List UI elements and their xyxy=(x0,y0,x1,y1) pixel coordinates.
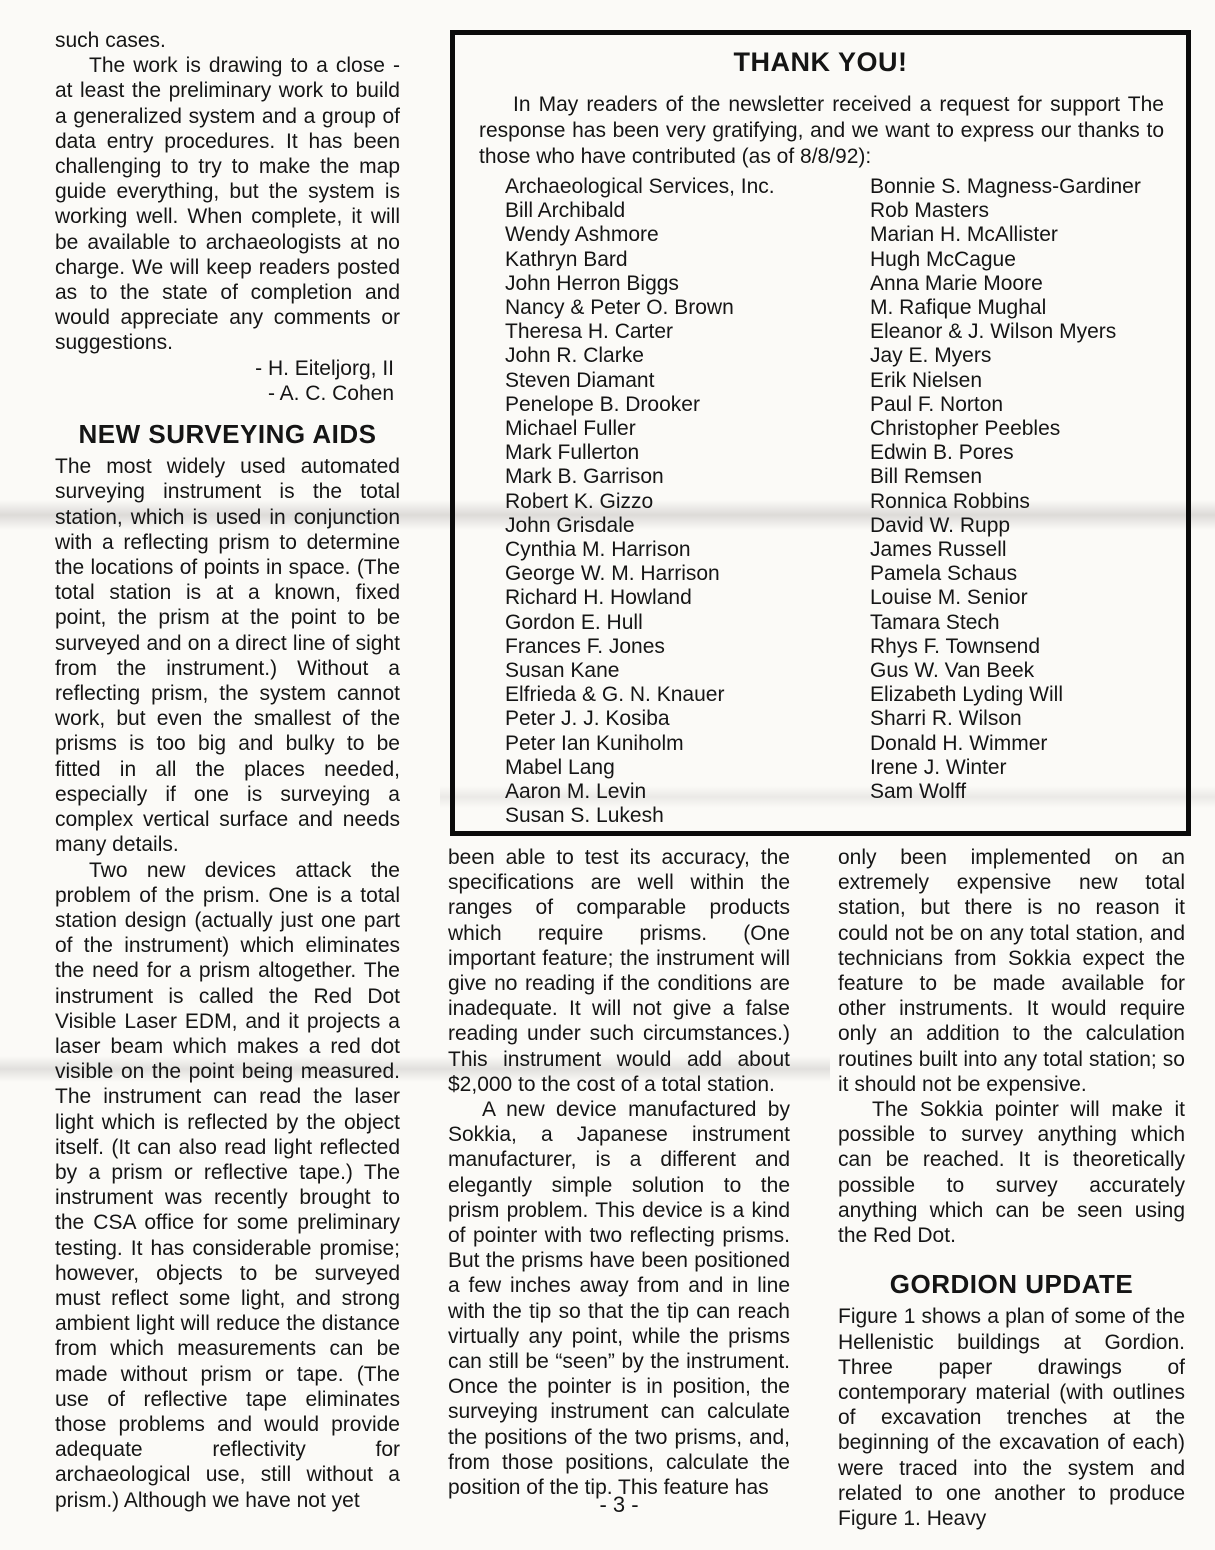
contributor-name: Sam Wolff xyxy=(870,780,1186,804)
contributor-name: Susan Kane xyxy=(505,659,870,683)
paragraph-new-device: A new device manufactured by Sokkia, a J… xyxy=(448,1097,790,1500)
contributor-name: David W. Rupp xyxy=(870,514,1186,538)
contributor-name: Eleanor & J. Wilson Myers xyxy=(870,320,1186,344)
contributor-name: Erik Nielsen xyxy=(870,369,1186,393)
paragraph-work-drawing-to-close: The work is drawing to a close - at leas… xyxy=(55,53,400,355)
thank-you-intro: In May readers of the newsletter receive… xyxy=(479,92,1164,170)
contributor-name: Cynthia M. Harrison xyxy=(505,538,870,562)
contributor-name: Paul F. Norton xyxy=(870,393,1186,417)
thank-you-title: THANK YOU! xyxy=(455,47,1186,78)
contributor-name: Steven Diamant xyxy=(505,369,870,393)
contributor-name: James Russell xyxy=(870,538,1186,562)
contributor-name: Theresa H. Carter xyxy=(505,320,870,344)
contributor-name: Gus W. Van Beek xyxy=(870,659,1186,683)
contributor-name: Christopher Peebles xyxy=(870,417,1186,441)
contributor-name: Wendy Ashmore xyxy=(505,223,870,247)
contributor-lists: Archaeological Services, Inc.Bill Archib… xyxy=(505,175,1186,828)
contributor-name: Robert K. Gizzo xyxy=(505,490,870,514)
contributor-name: Richard H. Howland xyxy=(505,586,870,610)
paragraph-implemented: only been implemented on an extremely ex… xyxy=(838,845,1185,1097)
contributor-name: Mark B. Garrison xyxy=(505,465,870,489)
page-number: - 3 - xyxy=(448,1492,790,1518)
contributor-name: Louise M. Senior xyxy=(870,586,1186,610)
contributor-name: Ronnica Robbins xyxy=(870,490,1186,514)
contributor-name: Donald H. Wimmer xyxy=(870,732,1186,756)
contributor-name: John Grisdale xyxy=(505,514,870,538)
newsletter-page: such cases. The work is drawing to a clo… xyxy=(0,0,1215,1550)
contributor-name: Edwin B. Pores xyxy=(870,441,1186,465)
contributor-list-left: Archaeological Services, Inc.Bill Archib… xyxy=(505,175,870,828)
contributor-name: Aaron M. Levin xyxy=(505,780,870,804)
paragraph-total-station: The most widely used automated surveying… xyxy=(55,454,400,857)
thank-you-box: THANK YOU! In May readers of the newslet… xyxy=(450,30,1191,836)
contributor-name: Irene J. Winter xyxy=(870,756,1186,780)
contributor-list-right: Bonnie S. Magness-GardinerRob MastersMar… xyxy=(870,175,1186,828)
section-heading-gordion-update: GORDION UPDATE xyxy=(838,1272,1185,1297)
contributor-name: Rhys F. Townsend xyxy=(870,635,1186,659)
contributor-name: Archaeological Services, Inc. xyxy=(505,175,870,199)
left-column: such cases. The work is drawing to a clo… xyxy=(55,28,400,1513)
contributor-name: Elfrieda & G. N. Knauer xyxy=(505,683,870,707)
contributor-name: Michael Fuller xyxy=(505,417,870,441)
section-heading-new-surveying-aids: NEW SURVEYING AIDS xyxy=(55,422,400,447)
contributor-name: Mark Fullerton xyxy=(505,441,870,465)
contributor-name: Mabel Lang xyxy=(505,756,870,780)
contributor-name: Pamela Schaus xyxy=(870,562,1186,586)
contributor-name: Peter Ian Kuniholm xyxy=(505,732,870,756)
contributor-name: Susan S. Lukesh xyxy=(505,804,870,828)
contributor-name: Frances F. Jones xyxy=(505,635,870,659)
contributor-name: Anna Marie Moore xyxy=(870,272,1186,296)
contributor-name: Sharri R. Wilson xyxy=(870,707,1186,731)
contributor-name: Rob Masters xyxy=(870,199,1186,223)
signature-eiteljorg: - H. Eiteljorg, II xyxy=(55,356,394,381)
contributor-name: Penelope B. Drooker xyxy=(505,393,870,417)
middle-column: been able to test its accuracy, the spec… xyxy=(448,845,790,1500)
signature-block: - H. Eiteljorg, II - A. C. Cohen xyxy=(55,356,400,406)
signature-cohen: - A. C. Cohen xyxy=(55,381,394,406)
contributor-name: Hugh McCague xyxy=(870,248,1186,272)
contributor-name: George W. M. Harrison xyxy=(505,562,870,586)
paragraph-figure-1: Figure 1 shows a plan of some of the Hel… xyxy=(838,1304,1185,1531)
contributor-name: Bill Archibald xyxy=(505,199,870,223)
contributor-name: Jay E. Myers xyxy=(870,344,1186,368)
contributor-name: Peter J. J. Kosiba xyxy=(505,707,870,731)
paragraph-sokkia-pointer: The Sokkia pointer will make it possible… xyxy=(838,1097,1185,1248)
contributor-name: John R. Clarke xyxy=(505,344,870,368)
right-column: only been implemented on an extremely ex… xyxy=(838,845,1185,1531)
contributor-name: Kathryn Bard xyxy=(505,248,870,272)
contributor-name: John Herron Biggs xyxy=(505,272,870,296)
contributor-name: M. Rafique Mughal xyxy=(870,296,1186,320)
contributor-name: Gordon E. Hull xyxy=(505,611,870,635)
paragraph-two-devices: Two new devices attack the problem of th… xyxy=(55,858,400,1513)
contributor-name: Bonnie S. Magness-Gardiner xyxy=(870,175,1186,199)
contributor-name: Elizabeth Lyding Will xyxy=(870,683,1186,707)
contributor-name: Marian H. McAllister xyxy=(870,223,1186,247)
paragraph-continuation: such cases. xyxy=(55,28,400,53)
paragraph-accuracy: been able to test its accuracy, the spec… xyxy=(448,845,790,1097)
contributor-name: Tamara Stech xyxy=(870,611,1186,635)
contributor-name: Bill Remsen xyxy=(870,465,1186,489)
contributor-name: Nancy & Peter O. Brown xyxy=(505,296,870,320)
